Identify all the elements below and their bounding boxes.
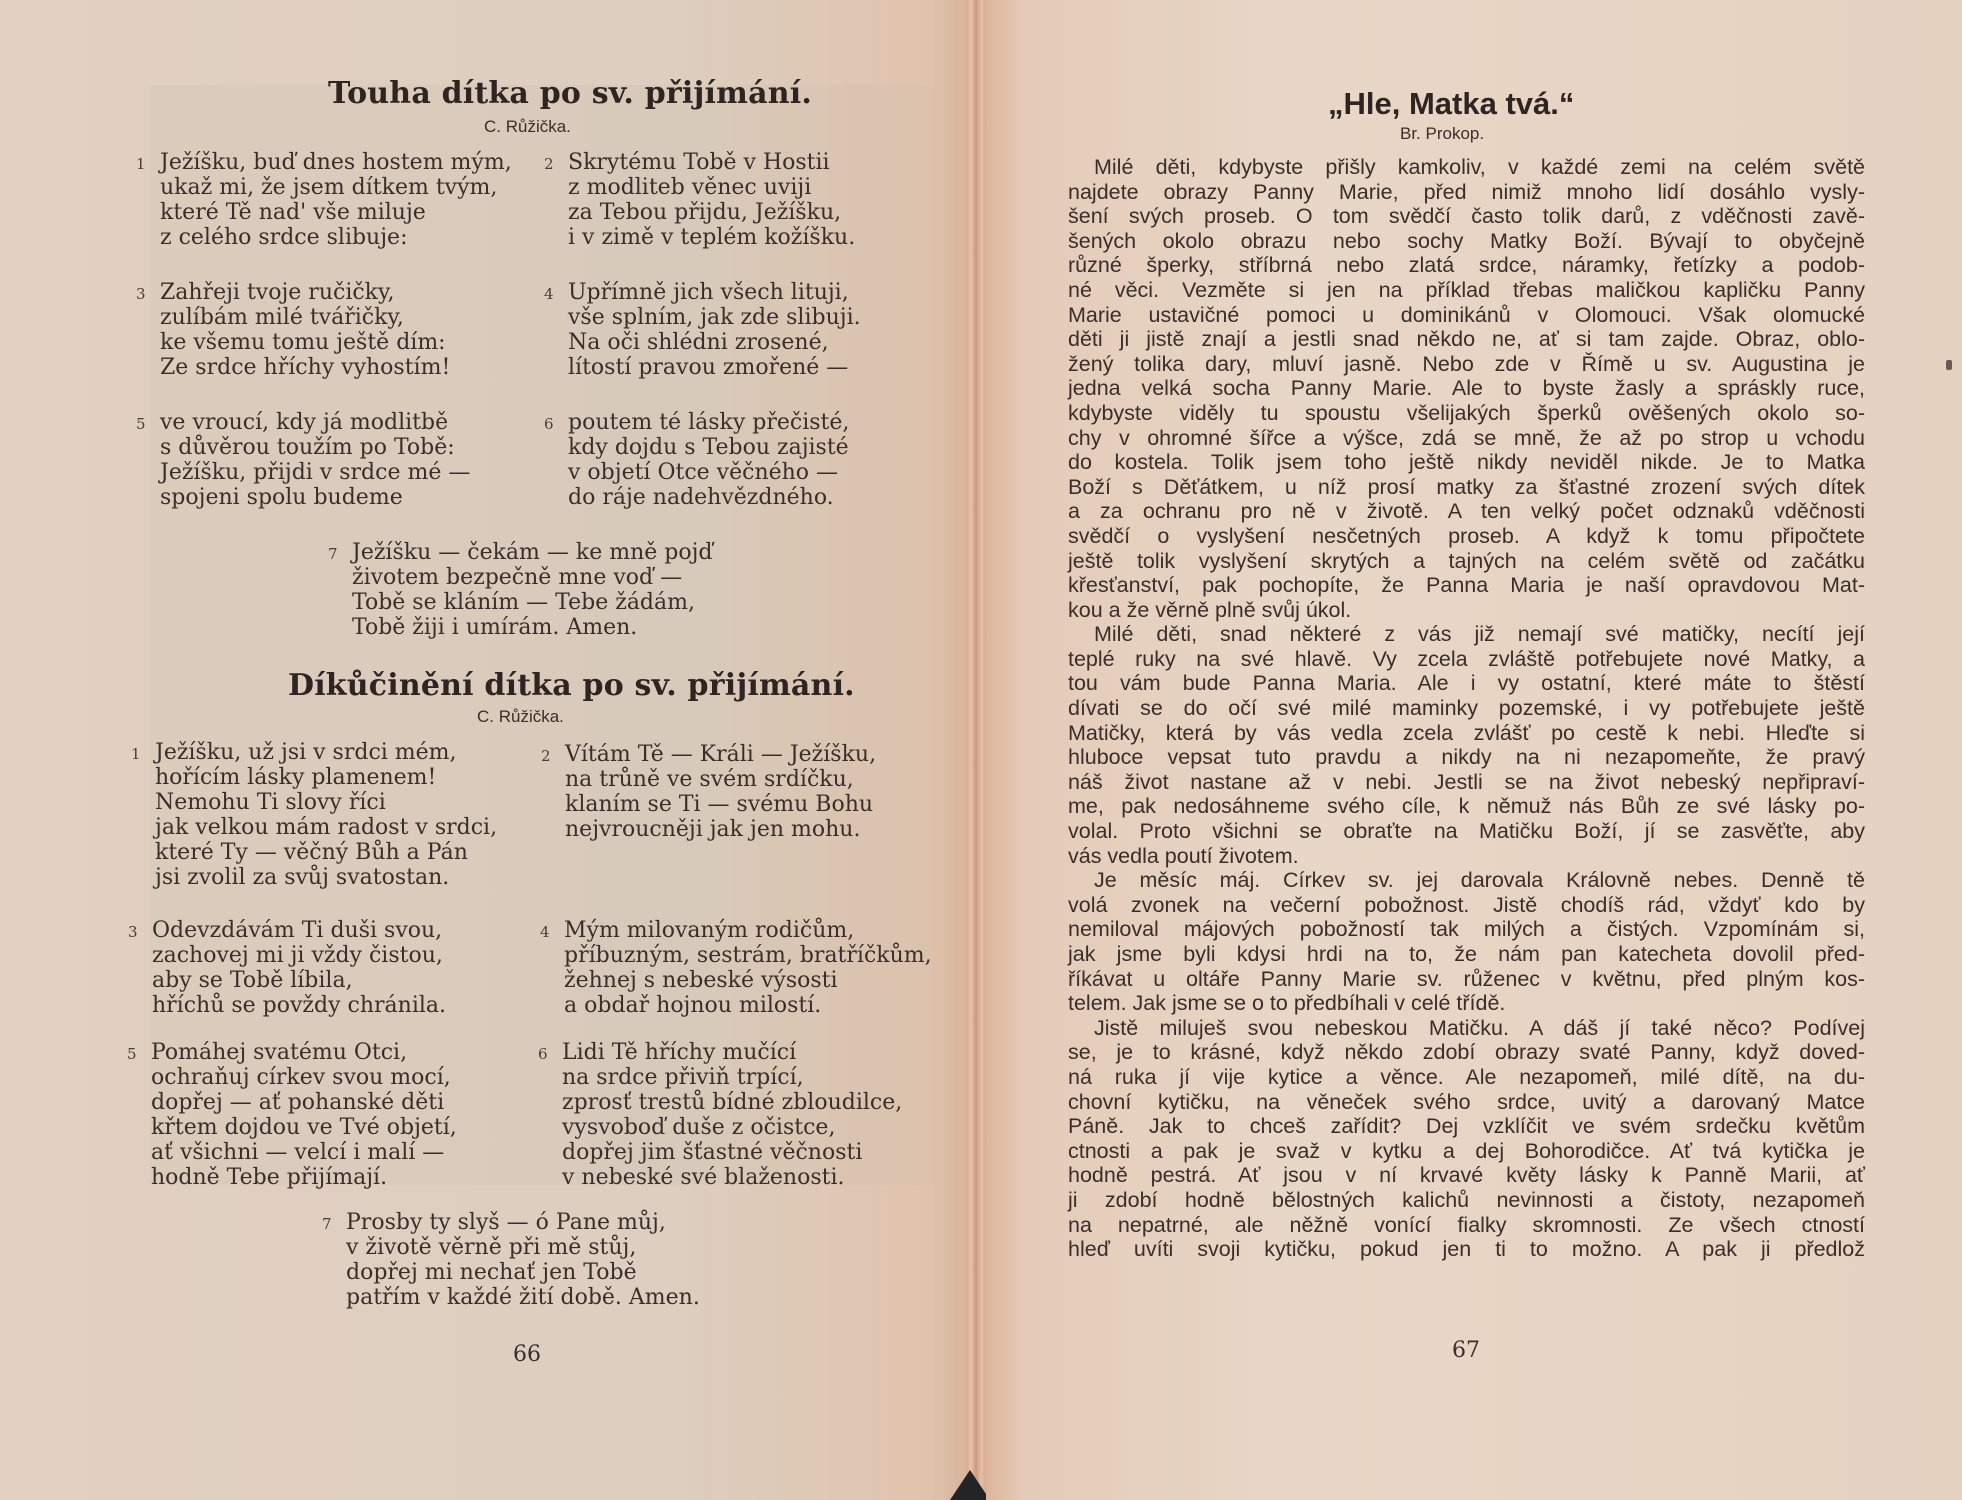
verse-line: na srdce přiviň trpící, [562, 1065, 902, 1090]
text-line: do kostela. Tolik jsem toho ještě nikdy … [1068, 450, 1865, 475]
verse-line: žehnej s nebeské výsosti [564, 968, 932, 993]
verse-line: hodně Tebe přijímají. [151, 1165, 457, 1190]
verse-line: Tobě se kláním — Tebe žádám, [352, 590, 713, 615]
verse-number: 5 [136, 412, 146, 437]
verse-line: i v zimě v teplém kožíšku. [568, 225, 855, 250]
poem1-verse-5: 5 ve vroucí, kdy já modlitbě s důvěrou t… [160, 410, 470, 510]
verse-line: za Tebou přijdu, Ježíšku, [568, 200, 855, 225]
verse-line: na trůně ve svém srdíčku, [565, 767, 876, 792]
verse-line: ke všemu tomu ještě dím: [160, 330, 450, 355]
text-line: tou vám bude Panna Maria. Ale i vy ostat… [1068, 671, 1865, 696]
verse-number: 2 [541, 744, 551, 769]
text-line: dívati se do očí své milé maminky pozems… [1068, 696, 1865, 721]
verse-line: Zahřeji tvoje ručičky, [160, 280, 450, 305]
verse-line: kdy dojdu s Tebou zajisté [568, 435, 849, 460]
text-line: Matičky, která by vás vedla zcela zvlášť… [1068, 721, 1865, 746]
poem1-verse-1: 1 Ježíšku, buď dnes hostem mým, ukaž mi,… [160, 150, 512, 250]
text-line: Milé děti, snad některé z vás již nemají… [1068, 622, 1865, 647]
verse-line: s důvěrou toužím po Tobě: [160, 435, 470, 460]
paragraph-3: Je měsíc máj. Církev sv. jej darovala Kr… [1068, 868, 1865, 1016]
poem2-verse-3: 3 Odevzdávám Ti duši svou, zachovej mi j… [152, 918, 446, 1018]
verse-line: Upřímně jich všech lituji, [568, 280, 861, 305]
verse-line: v životě věrně při mě stůj, [346, 1235, 700, 1260]
poem2-title: Díkůčinění dítka po sv. přijímání. [288, 668, 855, 703]
verse-number: 6 [544, 412, 554, 437]
poem2-verse-4: 4 Mým milovaným rodičům, příbuzným, sest… [564, 918, 932, 1018]
text-line: hleď uvíti svoji kytičku, pokud jen ti t… [1068, 1237, 1865, 1262]
text-line: jedna velká socha Panny Marie. Ale to by… [1068, 376, 1865, 401]
text-line: ná ruka jí vije kytice a věnce. Ale neza… [1068, 1065, 1865, 1090]
verse-line: vše splním, jak zde slibuji. [568, 305, 861, 330]
verse-line: jsi zvolil za svůj svatostan. [155, 865, 497, 890]
verse-line: dopřej jim šťastné věčnosti [562, 1140, 902, 1165]
text-line: chovní kytičku, na věneček svého srdce, … [1068, 1090, 1865, 1115]
text-line: kdybyste viděly tu spoustu všelijakých š… [1068, 401, 1865, 426]
verse-number: 5 [127, 1042, 137, 1067]
verse-line: zachovej mi ji vždy čistou, [152, 943, 446, 968]
verse-line: z modliteb věnec uviji [568, 175, 855, 200]
text-line: chy v ohromné šířce a výšce, zdá se mně,… [1068, 426, 1865, 451]
article-author: Br. Prokop. [1400, 124, 1484, 144]
text-line: hluboce vepsat tuto pravdu a nikdy na ni… [1068, 745, 1865, 770]
book-gutter [966, 0, 986, 1500]
text-line: né věci. Vezměte si jen na příklad třeba… [1068, 278, 1865, 303]
verse-line: hořícím lásky plamenem! [155, 765, 497, 790]
poem2-verse-5: 5 Pomáhej svatému Otci, ochraňuj církev … [151, 1040, 457, 1190]
poem1-verse-3: 3 Zahřeji tvoje ručičky, zulíbám milé tv… [160, 280, 450, 380]
text-line: me, pak nedosáhneme svého cíle, k němuž … [1068, 794, 1865, 819]
verse-line: do ráje nadehvězdného. [568, 485, 849, 510]
poem1-verse-4: 4 Upřímně jich všech lituji, vše splním,… [568, 280, 861, 380]
verse-line: v nebeské své blaženosti. [562, 1165, 902, 1190]
text-line: žený tolika dary, mluví jasně. Nebo zde … [1068, 352, 1865, 377]
verse-line: aby se Tobě líbila, [152, 968, 446, 993]
poem2-verse-1: 1 Ježíšku, už jsi v srdci mém, hořícím l… [155, 740, 497, 890]
text-line: křesťanství, pak pochopíte, že Panna Mar… [1068, 573, 1865, 598]
verse-line: hříchů se povždy chránila. [152, 993, 446, 1018]
text-line: na nepatrné, ale něžně vonící fialky skr… [1068, 1213, 1865, 1238]
verse-line: ukaž mi, že jsem dítkem tvým, [160, 175, 512, 200]
text-line: hodně pestrá. Ať jsou v ní krvavé květy … [1068, 1163, 1865, 1188]
text-line: ctnosti a pak je svaž v kytku a dej Boho… [1068, 1139, 1865, 1164]
text-line: kou a že věrně plně svůj úkol. [1068, 598, 1865, 623]
verse-line: patřím v každé žití době. Amen. [346, 1285, 700, 1310]
verse-line: Skrytému Tobě v Hostii [568, 150, 855, 175]
text-line: Marie ustavičné pomoci u dominikánů v Ol… [1068, 303, 1865, 328]
text-line: děti ji jistě znají a jestli snad někdo … [1068, 327, 1865, 352]
verse-line: Vítám Tě — Králi — Ježíšku, [565, 742, 876, 767]
verse-number: 1 [136, 152, 146, 177]
verse-line: nejvroucněji jak jen mohu. [565, 817, 876, 842]
verse-number: 3 [128, 920, 138, 945]
verse-line: Ježíšku, přijdi v srdce mé — [160, 460, 470, 485]
verse-line: Ježíšku — čekám — ke mně pojď [352, 540, 713, 565]
verse-line: jak velkou mám radost v srdci, [155, 815, 497, 840]
text-line: Boží s Děťátkem, u níž prosí matky za šť… [1068, 475, 1865, 500]
poem2-verse-6: 6 Lidi Tě hříchy mučící na srdce přiviň … [562, 1040, 902, 1190]
page-number-left: 66 [513, 1342, 541, 1367]
verse-line: křtem dojdou ve Tvé objetí, [151, 1115, 457, 1140]
verse-line: životem bezpečně mne voď — [352, 565, 713, 590]
verse-line: Na oči shlédni zrosené, [568, 330, 861, 355]
article-body: Milé děti, kdybyste přišly kamkoliv, v k… [1068, 155, 1865, 1262]
verse-line: zprosť trestů bídné zbloudilce, [562, 1090, 902, 1115]
book-spread: Touha dítka po sv. přijímání. C. Růžička… [0, 0, 1962, 1500]
text-line: šení svých proseb. O tom svědčí často to… [1068, 204, 1865, 229]
page-number-right: 67 [1452, 1338, 1480, 1363]
verse-number: 6 [538, 1042, 548, 1067]
text-line: Je měsíc máj. Církev sv. jej darovala Kr… [1068, 868, 1865, 893]
poem1-verse-6: 6 poutem té lásky přečisté, kdy dojdu s … [568, 410, 849, 510]
verse-line: lítostí pravou zmořené — [568, 355, 861, 380]
text-line: telem. Jak jsme se o to předbíhali v cel… [1068, 991, 1865, 1016]
text-line: ještě tolik vyslyšení skrytých a tajných… [1068, 549, 1865, 574]
text-line: najdete obrazy Panny Marie, před nimiž m… [1068, 180, 1865, 205]
verse-line: Ježíšku, už jsi v srdci mém, [155, 740, 497, 765]
verse-line: Ježíšku, buď dnes hostem mým, [160, 150, 512, 175]
poem1-author: C. Růžička. [484, 117, 571, 137]
text-line: a za ochranu pro ně v životě. A ten velk… [1068, 499, 1865, 524]
text-line: volal. Proto všichni se obraťte na Matič… [1068, 819, 1865, 844]
paragraph-2: Milé děti, snad některé z vás již nemají… [1068, 622, 1865, 868]
text-line: se, je to krásné, když někdo zdobí obraz… [1068, 1040, 1865, 1065]
verse-line: Prosby ty slyš — ó Pane můj, [346, 1210, 700, 1235]
verse-line: Mým milovaným rodičům, [564, 918, 932, 943]
article-title: „Hle, Matka tvá.“ [1328, 86, 1574, 122]
text-line: volá zvonek na večerní pobožnost. Jistě … [1068, 893, 1865, 918]
verse-line: Lidi Tě hříchy mučící [562, 1040, 902, 1065]
verse-line: v objetí Otce věčného — [568, 460, 849, 485]
text-line: jak jsme byli kdysi hrdi na to, že nám p… [1068, 942, 1865, 967]
verse-number: 4 [540, 920, 550, 945]
verse-number: 2 [544, 152, 554, 177]
text-line: Páně. Jak to chceš zařídit? Dej vzklíčit… [1068, 1114, 1865, 1139]
verse-line: které Tě nad' vše miluje [160, 200, 512, 225]
verse-line: klaním se Ti — svému Bohu [565, 792, 876, 817]
text-line: náš život nastane až v nebi. Jestli se n… [1068, 770, 1865, 795]
verse-number: 7 [328, 542, 338, 567]
verse-number: 7 [322, 1212, 332, 1237]
poem1-verse-7: 7 Ježíšku — čekám — ke mně pojď životem … [352, 540, 713, 640]
verse-line: ochraňuj církev svou mocí, [151, 1065, 457, 1090]
verse-line: příbuzným, sestrám, bratříčkům, [564, 943, 932, 968]
text-line: nemiloval májových pobožností tak milých… [1068, 917, 1865, 942]
poem2-verse-7: 7 Prosby ty slyš — ó Pane můj, v životě … [346, 1210, 700, 1310]
verse-line: Odevzdávám Ti duši svou, [152, 918, 446, 943]
paragraph-4: Jistě miluješ svou nebeskou Matičku. A d… [1068, 1016, 1865, 1262]
verse-line: Tobě žiji i umírám. Amen. [352, 615, 713, 640]
verse-line: poutem té lásky přečisté, [568, 410, 849, 435]
verse-line: zulíbám milé tvářičky, [160, 305, 450, 330]
ink-speck [1946, 360, 1952, 370]
verse-line: ve vroucí, kdy já modlitbě [160, 410, 470, 435]
verse-line: dopřej mi nechať jen Tobě [346, 1260, 700, 1285]
text-line: Jistě miluješ svou nebeskou Matičku. A d… [1068, 1016, 1865, 1041]
text-line: říkávat u oltáře Panny Marie sv. růženec… [1068, 967, 1865, 992]
verse-line: vysvoboď duše z očistce, [562, 1115, 902, 1140]
verse-line: z celého srdce slibuje: [160, 225, 512, 250]
text-line: ji zdobí hodně bělostných kalichů nevinn… [1068, 1188, 1865, 1213]
verse-line: spojeni spolu budeme [160, 485, 470, 510]
poem1-title: Touha dítka po sv. přijímání. [328, 76, 812, 111]
text-line: šených okolo obrazu nebo sochy Matky Bož… [1068, 229, 1865, 254]
verse-number: 3 [136, 282, 146, 307]
text-line: teplé ruky na své hlavě. Vy zcela zvlášt… [1068, 647, 1865, 672]
text-line: svědčí o vyslyšení nesčetných proseb. A … [1068, 524, 1865, 549]
poem2-author: C. Růžička. [477, 707, 564, 727]
verse-line: dopřej — ať pohanské děti [151, 1090, 457, 1115]
verse-number: 1 [131, 742, 141, 767]
verse-line: Ze srdce hříchy vyhostím! [160, 355, 450, 380]
text-line: různé šperky, stříbrná nebo zlatá srdce,… [1068, 253, 1865, 278]
poem1-verse-2: 2 Skrytému Tobě v Hostii z modliteb věne… [568, 150, 855, 250]
text-line: Milé děti, kdybyste přišly kamkoliv, v k… [1068, 155, 1865, 180]
verse-line: a obdař hojnou milostí. [564, 993, 932, 1018]
verse-line: ať všichni — velcí i malí — [151, 1140, 457, 1165]
verse-number: 4 [544, 282, 554, 307]
left-page: Touha dítka po sv. přijímání. C. Růžička… [0, 0, 966, 1500]
verse-line: Nemohu Ti slovy říci [155, 790, 497, 815]
poem2-verse-2: 2 Vítám Tě — Králi — Ježíšku, na trůně v… [565, 742, 876, 842]
verse-line: Pomáhej svatému Otci, [151, 1040, 457, 1065]
paragraph-1: Milé děti, kdybyste přišly kamkoliv, v k… [1068, 155, 1865, 622]
verse-line: které Ty — věčný Bůh a Pán [155, 840, 497, 865]
text-line: vás vedla poutí životem. [1068, 844, 1865, 869]
